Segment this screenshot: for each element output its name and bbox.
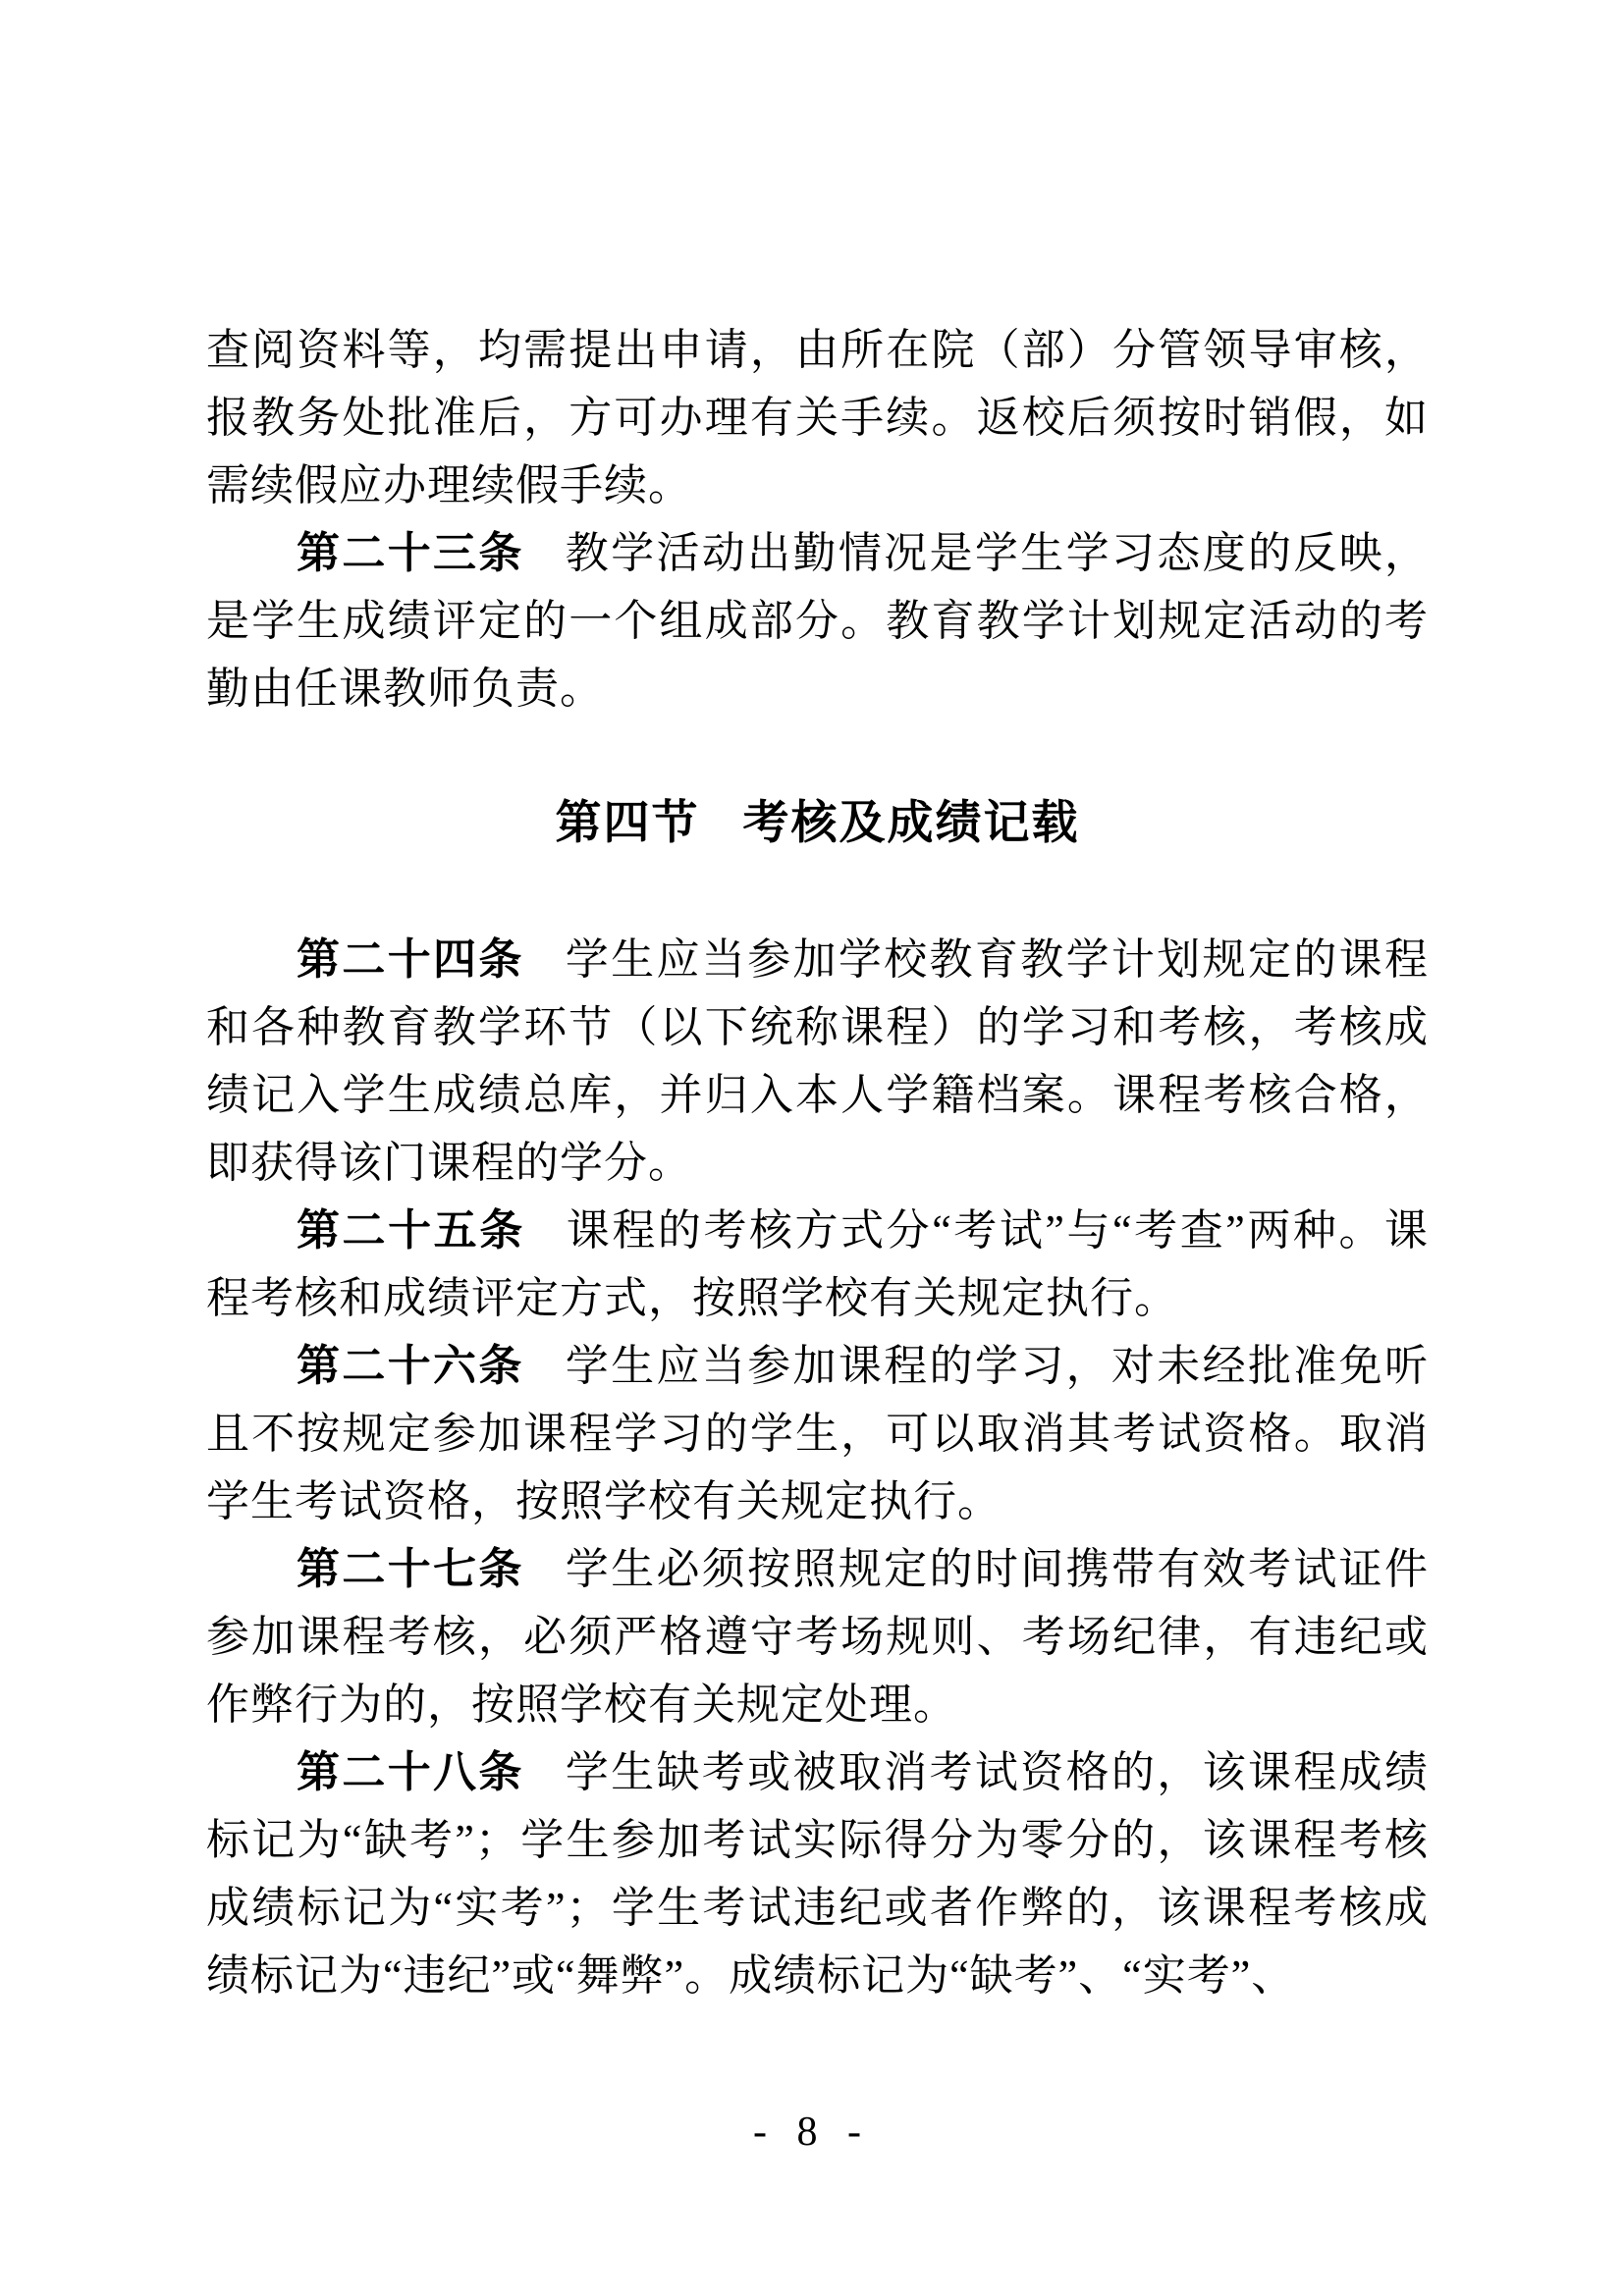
section-heading-title: 考核及成绩记载 [743, 798, 1080, 849]
article-24-paragraph: 第二十四条学生应当参加学校教育教学计划规定的课程和各种教育教学环节（以下统称课程… [206, 926, 1429, 1197]
section-heading: 第四节考核及成绩记载 [206, 790, 1429, 858]
continuation-paragraph: 查阅资料等，均需提出申请，由所在院（部）分管领导审核，报教务处批准后，方可办理有… [206, 316, 1429, 519]
section-heading-number: 第四节 [556, 798, 700, 849]
article-25-paragraph: 第二十五条课程的考核方式分“考试”与“考查”两种。课程考核和成绩评定方式，按照学… [206, 1197, 1429, 1332]
article-28-paragraph: 第二十八条学生缺考或被取消考试资格的，该课程成绩标记为“缺考”；学生参加考试实际… [206, 1738, 1429, 2009]
page-number: - 8 - [0, 2109, 1624, 2156]
article-26-paragraph: 第二十六条学生应当参加课程的学习，对未经批准免听且不按规定参加课程学习的学生，可… [206, 1332, 1429, 1535]
article-27-paragraph: 第二十七条学生必须按照规定的时间携带有效考试证件参加课程考核，必须严格遵守考场规… [206, 1535, 1429, 1738]
document-body: 查阅资料等，均需提出申请，由所在院（部）分管领导审核，报教务处批准后，方可办理有… [206, 316, 1429, 2009]
article-26-term: 第二十六条 [297, 1342, 524, 1390]
article-23-term: 第二十三条 [297, 529, 524, 577]
article-25-term: 第二十五条 [297, 1206, 525, 1255]
article-24-term: 第二十四条 [297, 935, 524, 984]
article-23-paragraph: 第二十三条教学活动出勤情况是学生学习态度的反映，是学生成绩评定的一个组成部分。教… [206, 519, 1429, 722]
article-28-term: 第二十八条 [297, 1748, 524, 1796]
article-27-term: 第二十七条 [297, 1545, 524, 1593]
document-page: 查阅资料等，均需提出申请，由所在院（部）分管领导审核，报教务处批准后，方可办理有… [0, 0, 1624, 2296]
paragraph-text: 查阅资料等，均需提出申请，由所在院（部）分管领导审核，报教务处批准后，方可办理有… [206, 326, 1429, 509]
